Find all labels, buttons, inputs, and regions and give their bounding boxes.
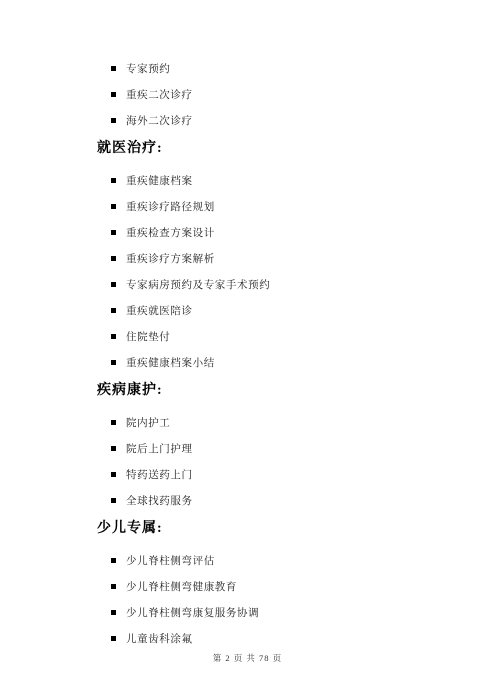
list-item-label: 重疾诊疗路径规划 [126, 199, 215, 214]
bullet-square-icon [111, 420, 116, 425]
list-item: 特药送药上门 [97, 461, 465, 487]
list-item-label: 重疾二次诊疗 [126, 87, 193, 102]
page-number-text: 第 2 页 共 78 页 [213, 653, 282, 663]
bullet-square-icon [111, 308, 116, 313]
bullet-square-icon [111, 558, 116, 563]
list-item: 重疾诊疗方案解析 [97, 245, 465, 271]
list-item-label: 重疾检查方案设计 [126, 225, 215, 240]
bullet-square-icon [111, 360, 116, 365]
list-item: 重疾检查方案设计 [97, 219, 465, 245]
section-heading: 就医治疗: [97, 141, 465, 157]
bullet-square-icon [111, 118, 116, 123]
list-item: 重疾诊疗路径规划 [97, 193, 465, 219]
bullet-list: 专家预约重疾二次诊疗海外二次诊疗 [97, 55, 465, 133]
list-item: 少儿脊柱侧弯康复服务协调 [97, 599, 465, 625]
bullet-square-icon [111, 230, 116, 235]
list-item-label: 重疾就医陪诊 [126, 303, 193, 318]
list-item: 住院垫付 [97, 323, 465, 349]
bullet-square-icon [111, 66, 116, 71]
list-item-label: 少儿脊柱侧弯评估 [126, 553, 215, 568]
list-item-label: 重疾健康档案小结 [126, 355, 215, 370]
bullet-square-icon [111, 446, 116, 451]
list-item: 海外二次诊疗 [97, 107, 465, 133]
list-item-label: 专家预约 [126, 61, 170, 76]
list-item: 院内护工 [97, 409, 465, 435]
bullet-square-icon [111, 472, 116, 477]
list-item: 重疾健康档案小结 [97, 349, 465, 375]
document-content: 专家预约重疾二次诊疗海外二次诊疗就医治疗:重疾健康档案重疾诊疗路径规划重疾检查方… [97, 55, 465, 651]
list-item-label: 院内护工 [126, 415, 170, 430]
list-item-label: 重疾健康档案 [126, 173, 193, 188]
bullet-list: 少儿脊柱侧弯评估少儿脊柱侧弯健康教育少儿脊柱侧弯康复服务协调儿童齿科涂氟 [97, 547, 465, 651]
bullet-square-icon [111, 256, 116, 261]
list-item: 专家预约 [97, 55, 465, 81]
list-item: 少儿脊柱侧弯评估 [97, 547, 465, 573]
bullet-square-icon [111, 636, 116, 641]
section-heading: 少儿专属: [97, 521, 465, 537]
bullet-square-icon [111, 92, 116, 97]
bullet-square-icon [111, 178, 116, 183]
list-item: 少儿脊柱侧弯健康教育 [97, 573, 465, 599]
bullet-list: 重疾健康档案重疾诊疗路径规划重疾检查方案设计重疾诊疗方案解析专家病房预约及专家手… [97, 167, 465, 375]
list-item-label: 专家病房预约及专家手术预约 [126, 277, 270, 292]
list-item-label: 儿童齿科涂氟 [126, 631, 193, 646]
bullet-square-icon [111, 334, 116, 339]
list-item-label: 住院垫付 [126, 329, 170, 344]
list-item: 全球找药服务 [97, 487, 465, 513]
list-item: 重疾就医陪诊 [97, 297, 465, 323]
list-item-label: 重疾诊疗方案解析 [126, 251, 215, 266]
list-item-label: 院后上门护理 [126, 441, 193, 456]
bullet-square-icon [111, 584, 116, 589]
list-item-label: 海外二次诊疗 [126, 113, 193, 128]
bullet-list: 院内护工院后上门护理特药送药上门全球找药服务 [97, 409, 465, 513]
bullet-square-icon [111, 498, 116, 503]
list-item: 院后上门护理 [97, 435, 465, 461]
document-page: 专家预约重疾二次诊疗海外二次诊疗就医治疗:重疾健康档案重疾诊疗路径规划重疾检查方… [0, 0, 495, 700]
bullet-square-icon [111, 610, 116, 615]
list-item: 重疾健康档案 [97, 167, 465, 193]
section-heading: 疾病康护: [97, 383, 465, 399]
page-footer: 第 2 页 共 78 页 [0, 648, 495, 666]
list-item-label: 少儿脊柱侧弯康复服务协调 [126, 605, 259, 620]
list-item: 重疾二次诊疗 [97, 81, 465, 107]
bullet-square-icon [111, 204, 116, 209]
list-item: 专家病房预约及专家手术预约 [97, 271, 465, 297]
list-item-label: 全球找药服务 [126, 493, 193, 508]
bullet-square-icon [111, 282, 116, 287]
list-item-label: 少儿脊柱侧弯健康教育 [126, 579, 237, 594]
list-item-label: 特药送药上门 [126, 467, 193, 482]
